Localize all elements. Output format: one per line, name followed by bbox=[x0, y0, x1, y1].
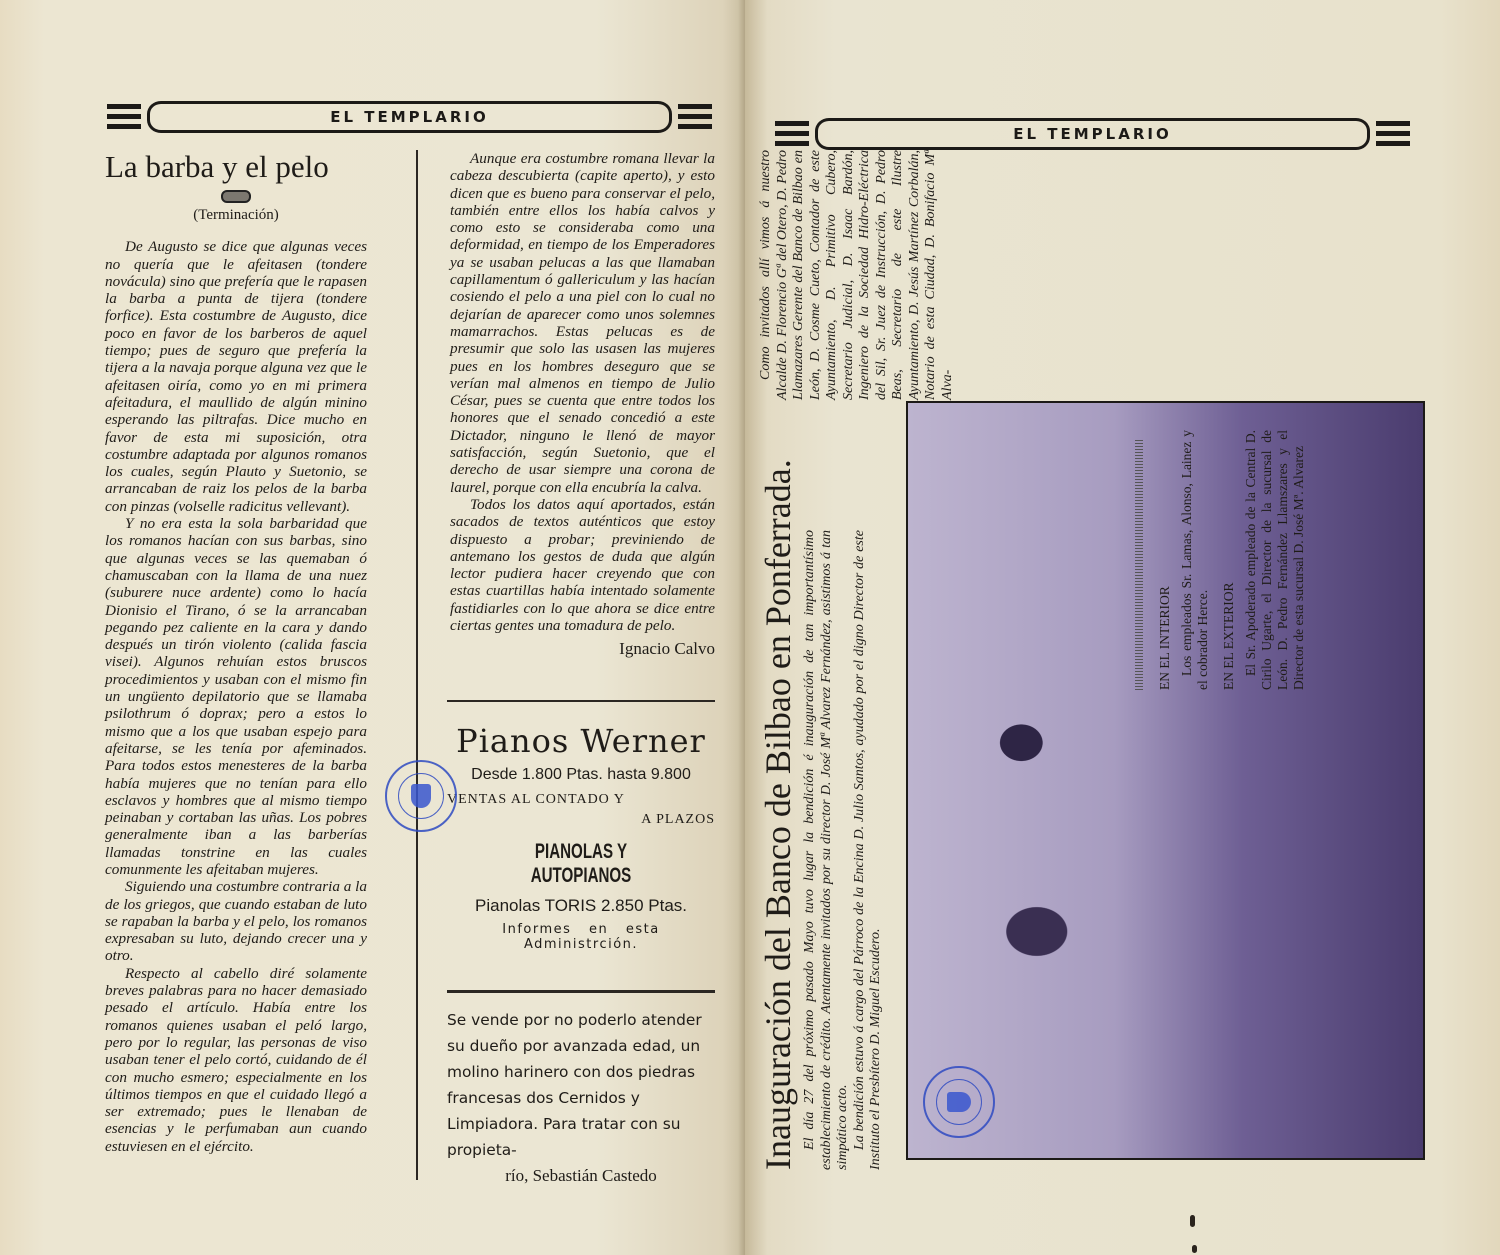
ad-toris-price: Pianolas TORIS 2.850 Ptas. bbox=[447, 896, 715, 916]
ad-molino-text: Se vende por no poderlo atender su dueño… bbox=[447, 1007, 715, 1163]
staff-section: EN EL INTERIOR Los empleados Sr. Lamas, … bbox=[1135, 430, 1425, 690]
ad-info: Informes en esta Administrción. bbox=[447, 922, 715, 952]
ad-price-line: Desde 1.800 Ptas. hasta 9.800 bbox=[447, 766, 715, 784]
hatch-divider bbox=[1135, 440, 1143, 690]
coat-of-arms-icon bbox=[947, 1092, 971, 1112]
interior-text: Los empleados Sr. Lamas, Alonso, Lainez … bbox=[1179, 430, 1211, 690]
interior-heading: EN EL INTERIOR bbox=[1157, 430, 1173, 690]
ad-brand: Pianos Werner bbox=[447, 722, 715, 760]
ad-molino: Se vende por no poderlo atender su dueño… bbox=[447, 990, 715, 1189]
paragraph: Aunque era costumbre romana llevar la ca… bbox=[450, 150, 715, 496]
article-subtitle: (Terminación) bbox=[105, 207, 367, 224]
left-page: EL TEMPLARIO La barba y el pelo (Termina… bbox=[0, 0, 745, 1255]
ad-sales-line-2: A PLAZOS bbox=[447, 812, 715, 828]
masthead-title: EL TEMPLARIO bbox=[330, 108, 488, 126]
ad-sales-line: VENTAS AL CONTADO Y bbox=[447, 792, 715, 808]
masthead-title: EL TEMPLARIO bbox=[1013, 125, 1171, 143]
banner-ornament-left-icon bbox=[107, 102, 147, 132]
paragraph: Todos los datos aquí aportados, están sa… bbox=[450, 496, 715, 634]
ad-pianolas-heading: PIANOLAS Y AUTOPIANOS bbox=[485, 840, 678, 888]
article-intro: El día 27 del próximo pasado Mayo tuvo l… bbox=[802, 530, 885, 1170]
article-author: Ignacio Calvo bbox=[450, 640, 715, 657]
exterior-heading: EN EL EXTERIOR bbox=[1221, 430, 1237, 690]
ornament-icon bbox=[221, 190, 251, 203]
masthead-banner: EL TEMPLARIO bbox=[775, 117, 1410, 151]
paragraph: Respecto al cabello diré solamente breve… bbox=[105, 965, 367, 1155]
ad-molino-signature: río, Sebastián Castedo bbox=[447, 1163, 715, 1189]
banner-ornament-right-icon bbox=[672, 102, 712, 132]
paragraph: Siguiendo una costumbre contraria a la d… bbox=[105, 878, 367, 964]
guests-column: Como invitados allí vimos á nuestro Alca… bbox=[758, 150, 956, 400]
ad-pianos-werner: Pianos Werner Desde 1.800 Ptas. hasta 9.… bbox=[447, 700, 715, 952]
coat-of-arms-icon bbox=[411, 784, 431, 808]
article-column-1: La barba y el pelo (Terminación) De Augu… bbox=[105, 150, 367, 1155]
banner-ornament-right-icon bbox=[1370, 119, 1410, 149]
paragraph: De Augusto se dice que algunas veces no … bbox=[105, 238, 367, 515]
ad-divider bbox=[447, 990, 715, 993]
library-stamp-icon bbox=[385, 760, 457, 832]
article-column-2: Aunque era costumbre romana llevar la ca… bbox=[450, 150, 715, 658]
paragraph: El día 27 del próximo pasado Mayo tuvo l… bbox=[802, 530, 852, 1170]
article-title: La barba y el pelo bbox=[105, 150, 367, 184]
paragraph: Y no era esta la sola barbaridad que los… bbox=[105, 515, 367, 878]
library-stamp-icon bbox=[923, 1066, 995, 1138]
ad-divider bbox=[447, 700, 715, 702]
binding-hole bbox=[1192, 1245, 1197, 1253]
article-title: Inauguración del Banco de Bilbao en Ponf… bbox=[758, 459, 798, 1170]
paragraph: La bendición estuvo á cargo del Párroco … bbox=[852, 530, 885, 1170]
binding-hole bbox=[1190, 1215, 1195, 1227]
paragraph: Como invitados allí vimos á nuestro Alca… bbox=[758, 150, 956, 400]
column-divider bbox=[416, 150, 418, 1180]
masthead-banner: EL TEMPLARIO bbox=[107, 100, 712, 134]
exterior-text: El Sr. Apoderado empleado de la Central … bbox=[1243, 430, 1307, 690]
banner-ornament-left-icon bbox=[775, 119, 815, 149]
